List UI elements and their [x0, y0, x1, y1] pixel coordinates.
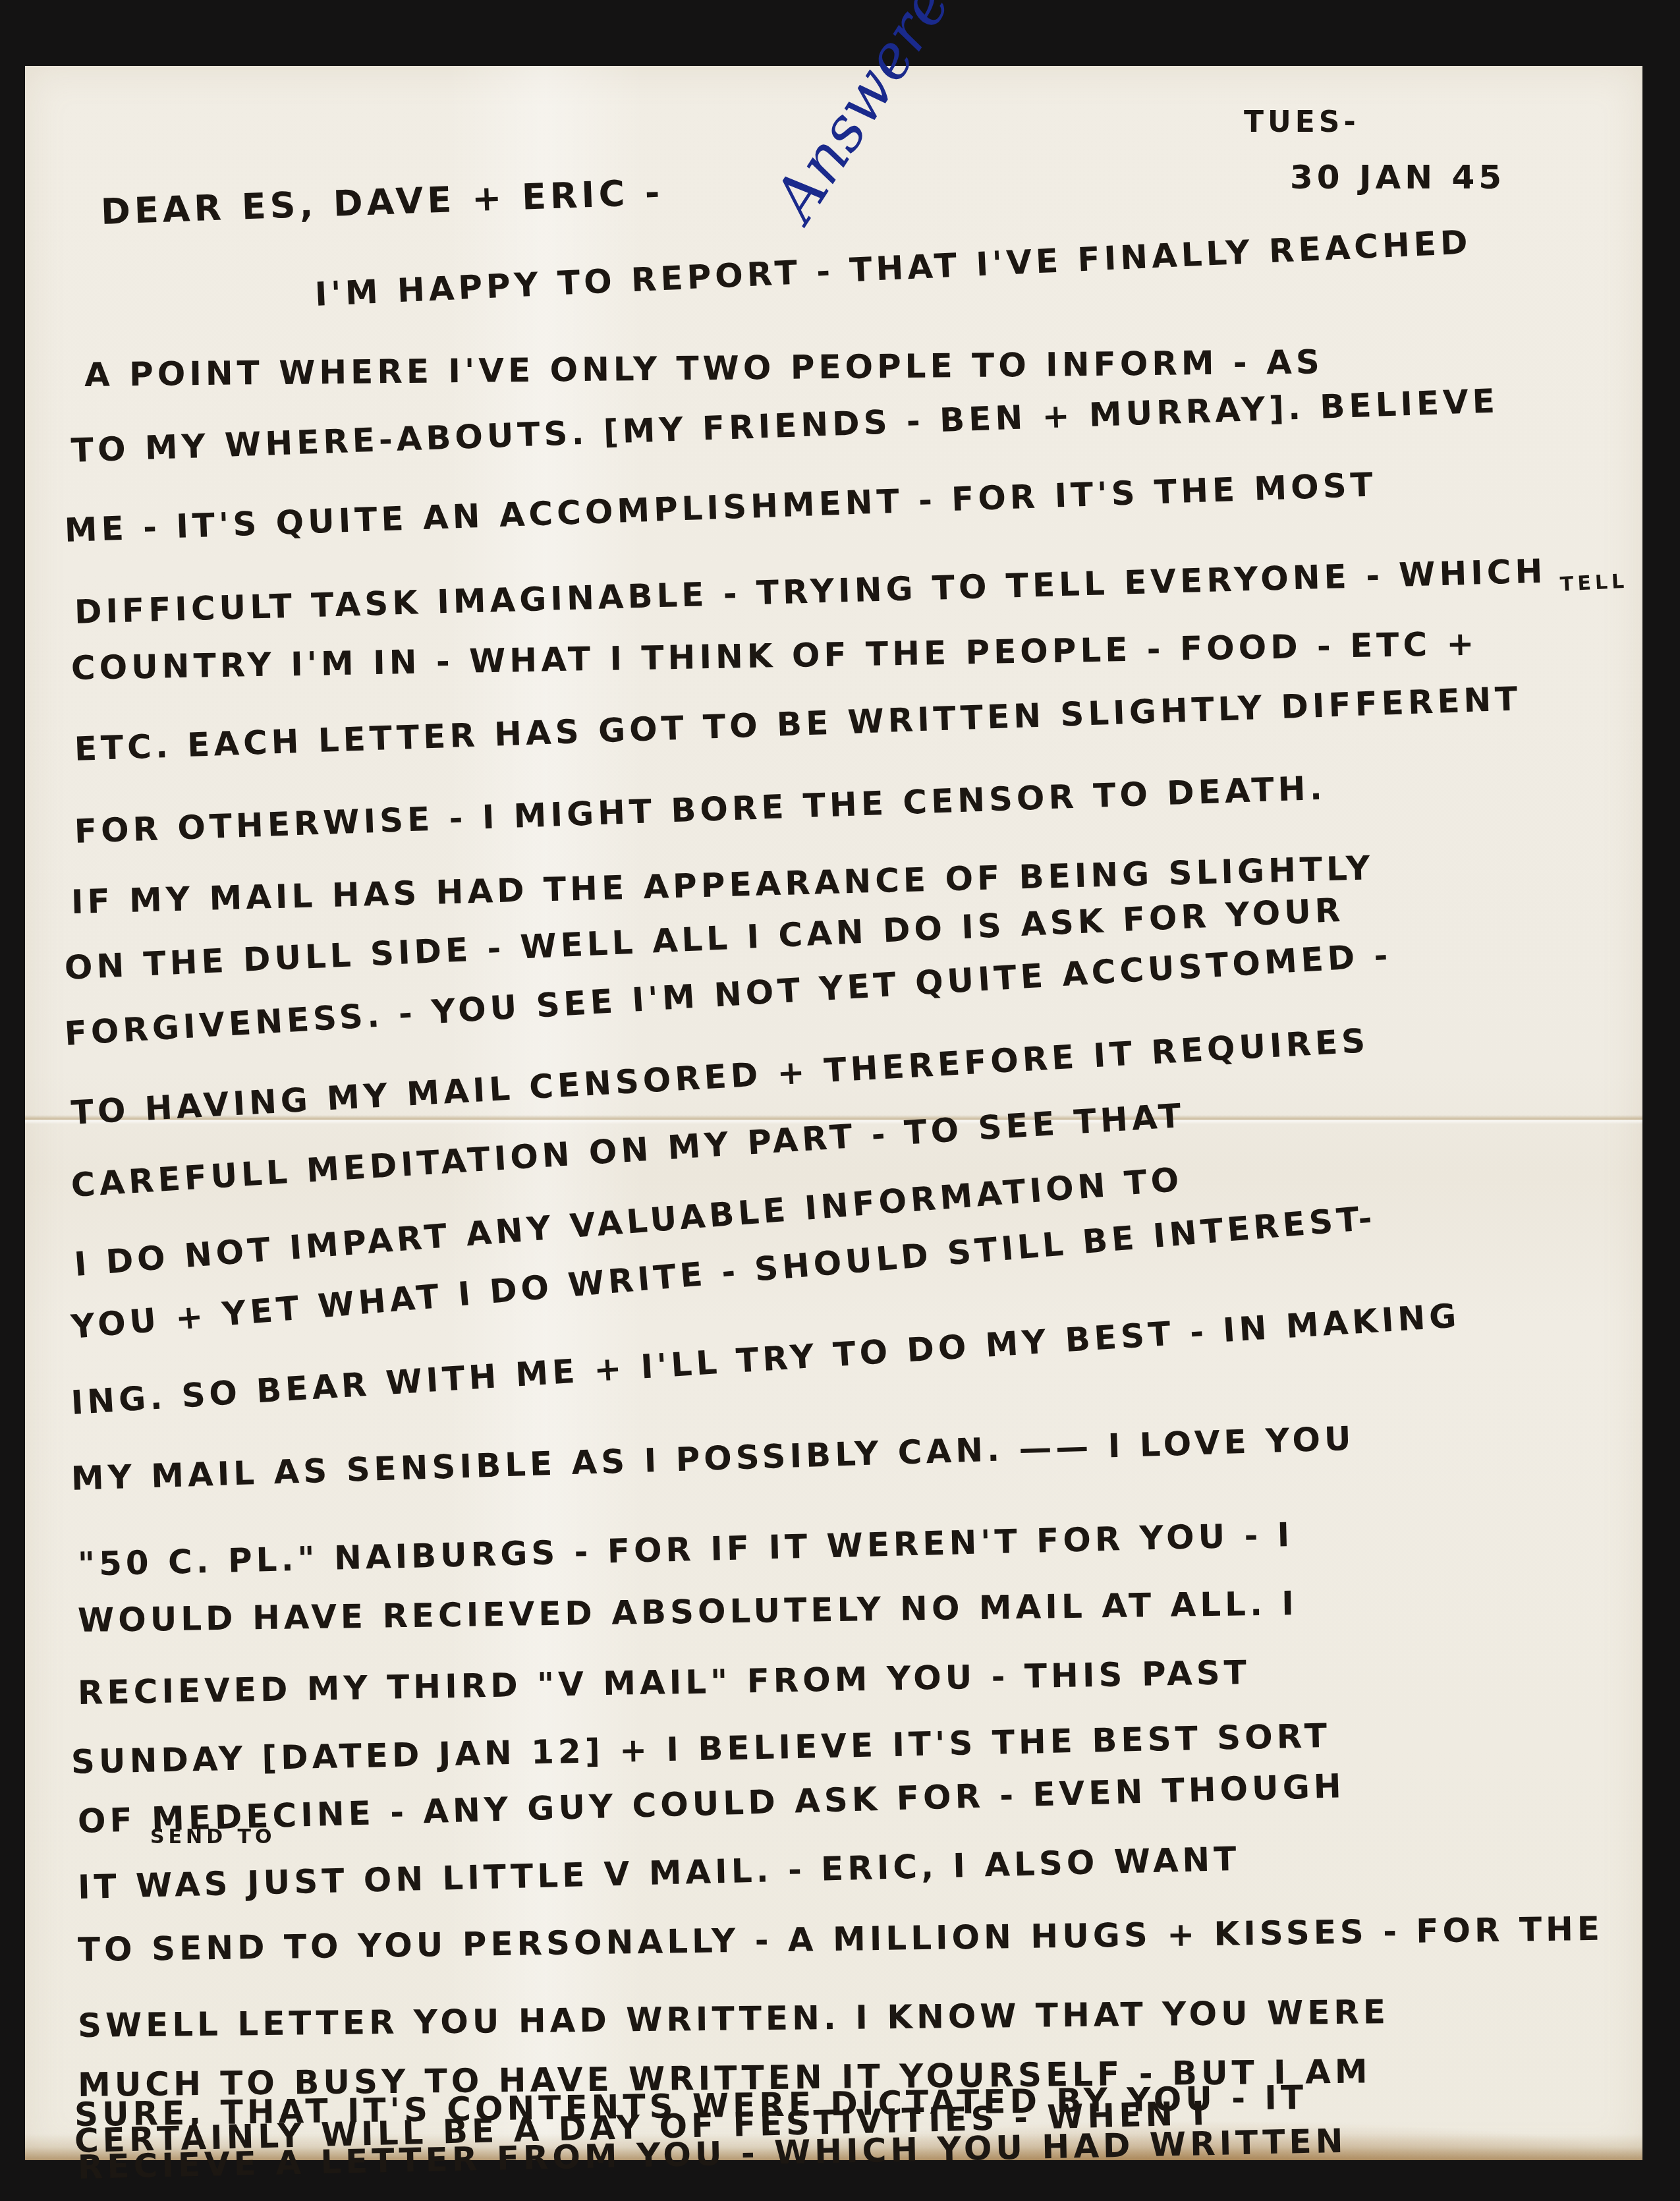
- insertion-note: tell: [1559, 570, 1629, 596]
- letter-line: a point where I've only two people to in…: [84, 343, 1324, 394]
- letter-line: me - it's quite an accomplishment - for …: [64, 465, 1378, 550]
- letter-line: of medecine - any guy could ask for - ev…: [77, 1767, 1345, 1841]
- letter-line: my mail as sensible as I possibly can. —…: [70, 1419, 1355, 1498]
- letter-line: recieved my third "V mail" from you - th…: [77, 1653, 1250, 1712]
- letter-date: 30 Jan 45: [1290, 158, 1505, 196]
- letter-line: difficult task imaginable - trying to te…: [74, 552, 1547, 631]
- salutation: Dear Es, Dave + Eric -: [100, 171, 665, 233]
- letter-day: Tues-: [1244, 105, 1360, 139]
- letter-page: Tues- 30 Jan 45 Answered Dear Es, Dave +…: [25, 66, 1642, 2160]
- answered-annotation: Answered: [760, 0, 985, 233]
- letter-line: etc. Each letter has got to be written s…: [74, 679, 1522, 768]
- letter-line: to send to you personally - a million hu…: [78, 1910, 1604, 1969]
- letter-line: it was just on little V mail. - Eric, I …: [77, 1840, 1241, 1906]
- letter-line: country I'm in - what I think of the peo…: [70, 625, 1478, 687]
- letter-line: I'm happy to report - that I've finally …: [314, 223, 1472, 314]
- letter-line: to my where-abouts. [My friends - Ben + …: [70, 382, 1499, 470]
- letter-line: Sunday [Dated Jan 12] + I believe it's t…: [70, 1717, 1331, 1781]
- letter-line: for otherwise - I might bore the censor …: [74, 769, 1327, 851]
- letter-line: "50 C. Pl." Naiburgs - for if it weren't…: [77, 1516, 1294, 1584]
- letter-line: would have recieved absolutely no mail a…: [78, 1584, 1299, 1640]
- letter-line: swell letter you had written. I know tha…: [78, 1993, 1390, 2045]
